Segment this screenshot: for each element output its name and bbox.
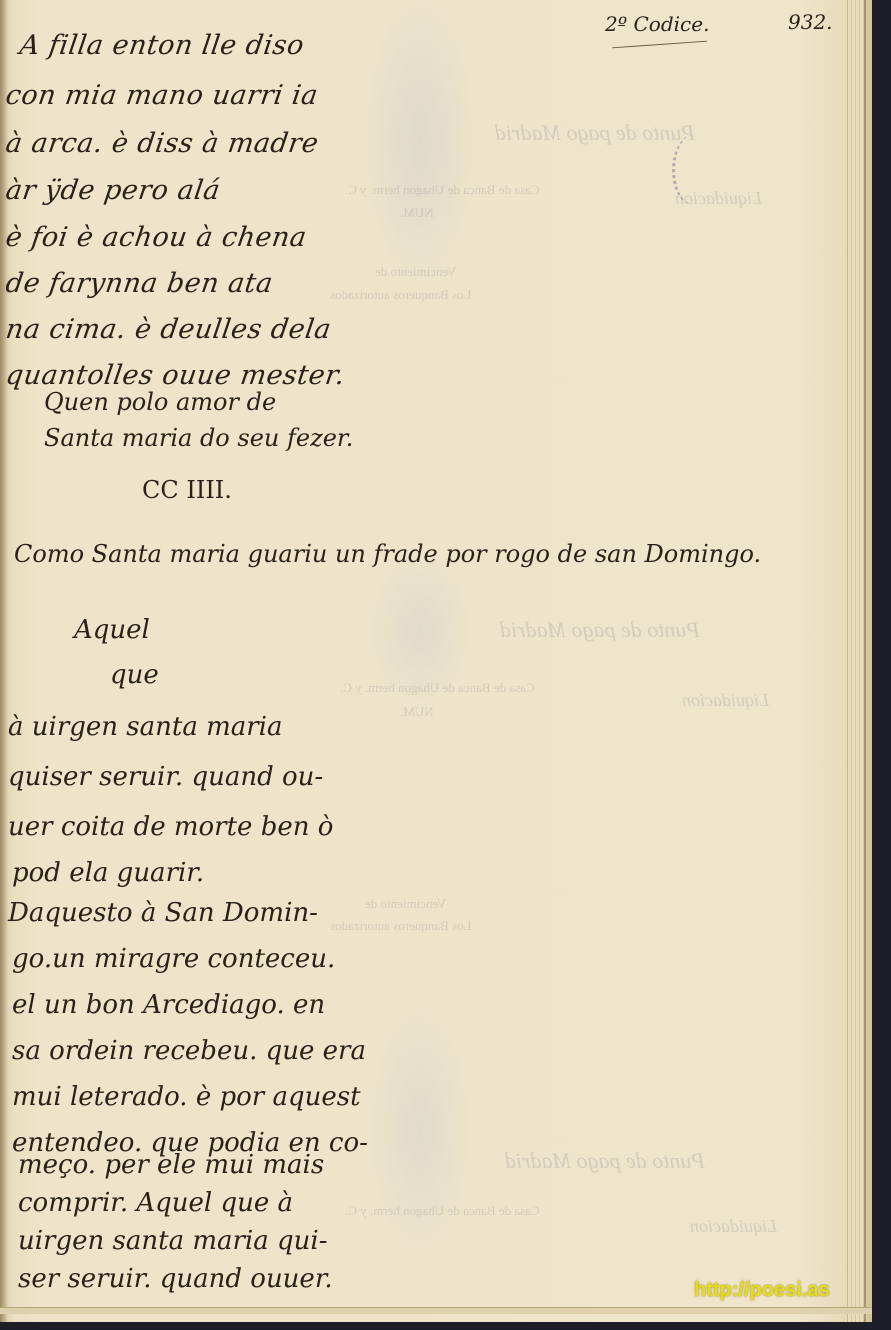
manuscript-line: à arca. è diss à madre	[4, 128, 321, 159]
page-bottom-edge	[0, 1307, 872, 1314]
manuscript-line: Aquel	[74, 615, 150, 645]
watermark-link[interactable]: http://poesi.as	[694, 1279, 830, 1302]
page-number: 932.	[788, 10, 833, 34]
bleed-text: NUM.	[400, 704, 434, 720]
manuscript-line: àr ÿde pero alá	[4, 175, 222, 206]
bleed-text: Punto de pago Madrid	[500, 617, 700, 643]
manuscript-line: sa ordein recebeu. que era	[12, 1036, 366, 1066]
bleed-text: Punto de pago Madrid	[505, 1148, 705, 1174]
manuscript-line: con mia mano uarri ia	[4, 80, 320, 111]
bleed-text: Casa de Banca de Uhagon herm. y C.	[345, 182, 540, 198]
manuscript-line: Daquesto à San Domin-	[8, 898, 318, 928]
faded-stamp	[672, 135, 715, 205]
bleed-text: Liquidacion	[682, 690, 769, 711]
manuscript-line: à uirgen santa maria	[8, 712, 283, 742]
manuscript-line: quiser seruir. quand ou-	[8, 762, 323, 792]
manuscript-line: quantolles ouue mester.	[4, 360, 347, 391]
manuscript-line: meço. per ele mui mais	[18, 1150, 324, 1180]
bleed-text: Casa de Banca de Uhagon herm. y C.	[345, 1203, 540, 1219]
bleed-text: Liquidacion	[690, 1216, 777, 1237]
cantiga-number: CC IIII.	[142, 476, 232, 504]
page-stack-edge	[847, 0, 866, 1322]
refrain-line: Santa maria do seu fezer.	[44, 424, 353, 452]
refrain-line: Quen polo amor de	[44, 388, 276, 416]
manuscript-line: que	[110, 660, 159, 690]
bleed-text: Vencimiento de	[375, 264, 456, 280]
manuscript-line: go.un miragre conteceu.	[12, 944, 335, 974]
manuscript-line: è foi è achou à chena	[4, 222, 309, 253]
manuscript-line: uer coita de morte ben ò	[8, 812, 333, 842]
bleed-text: Los Banqueros autorizados	[330, 918, 472, 934]
bleed-text: Casa de Banca de Uhagon herm. y C.	[340, 680, 535, 696]
bleed-text: Punto de pago Madrid	[495, 120, 695, 146]
manuscript-line: comprir. Aquel que à	[18, 1188, 293, 1218]
manuscript-line: el un bon Arcediago. en	[12, 990, 325, 1020]
bleed-text: Vencimiento de	[365, 896, 446, 912]
manuscript-line: A filla enton lle diso	[18, 30, 306, 61]
manuscript-page: Punto de pago Madrid Casa de Banca de Uh…	[0, 0, 872, 1322]
cantiga-title: Como Santa maria guariu un frade por rog…	[14, 540, 761, 568]
manuscript-line: mui leterado. è por aquest	[12, 1082, 361, 1112]
manuscript-line: de farynna ben ata	[4, 268, 275, 299]
manuscript-line: pod ela guarir.	[12, 858, 204, 888]
manuscript-line: uirgen santa maria qui-	[18, 1226, 328, 1256]
codex-note-underline	[612, 41, 707, 49]
codex-note: 2º Codice.	[605, 12, 709, 36]
manuscript-line: ser seruir. quand ouuer.	[18, 1264, 333, 1294]
bleed-text: Los Banqueros autorizados	[330, 287, 472, 303]
bleed-text: NUM.	[400, 205, 434, 221]
manuscript-line: na cima. è deulles dela	[4, 314, 333, 345]
